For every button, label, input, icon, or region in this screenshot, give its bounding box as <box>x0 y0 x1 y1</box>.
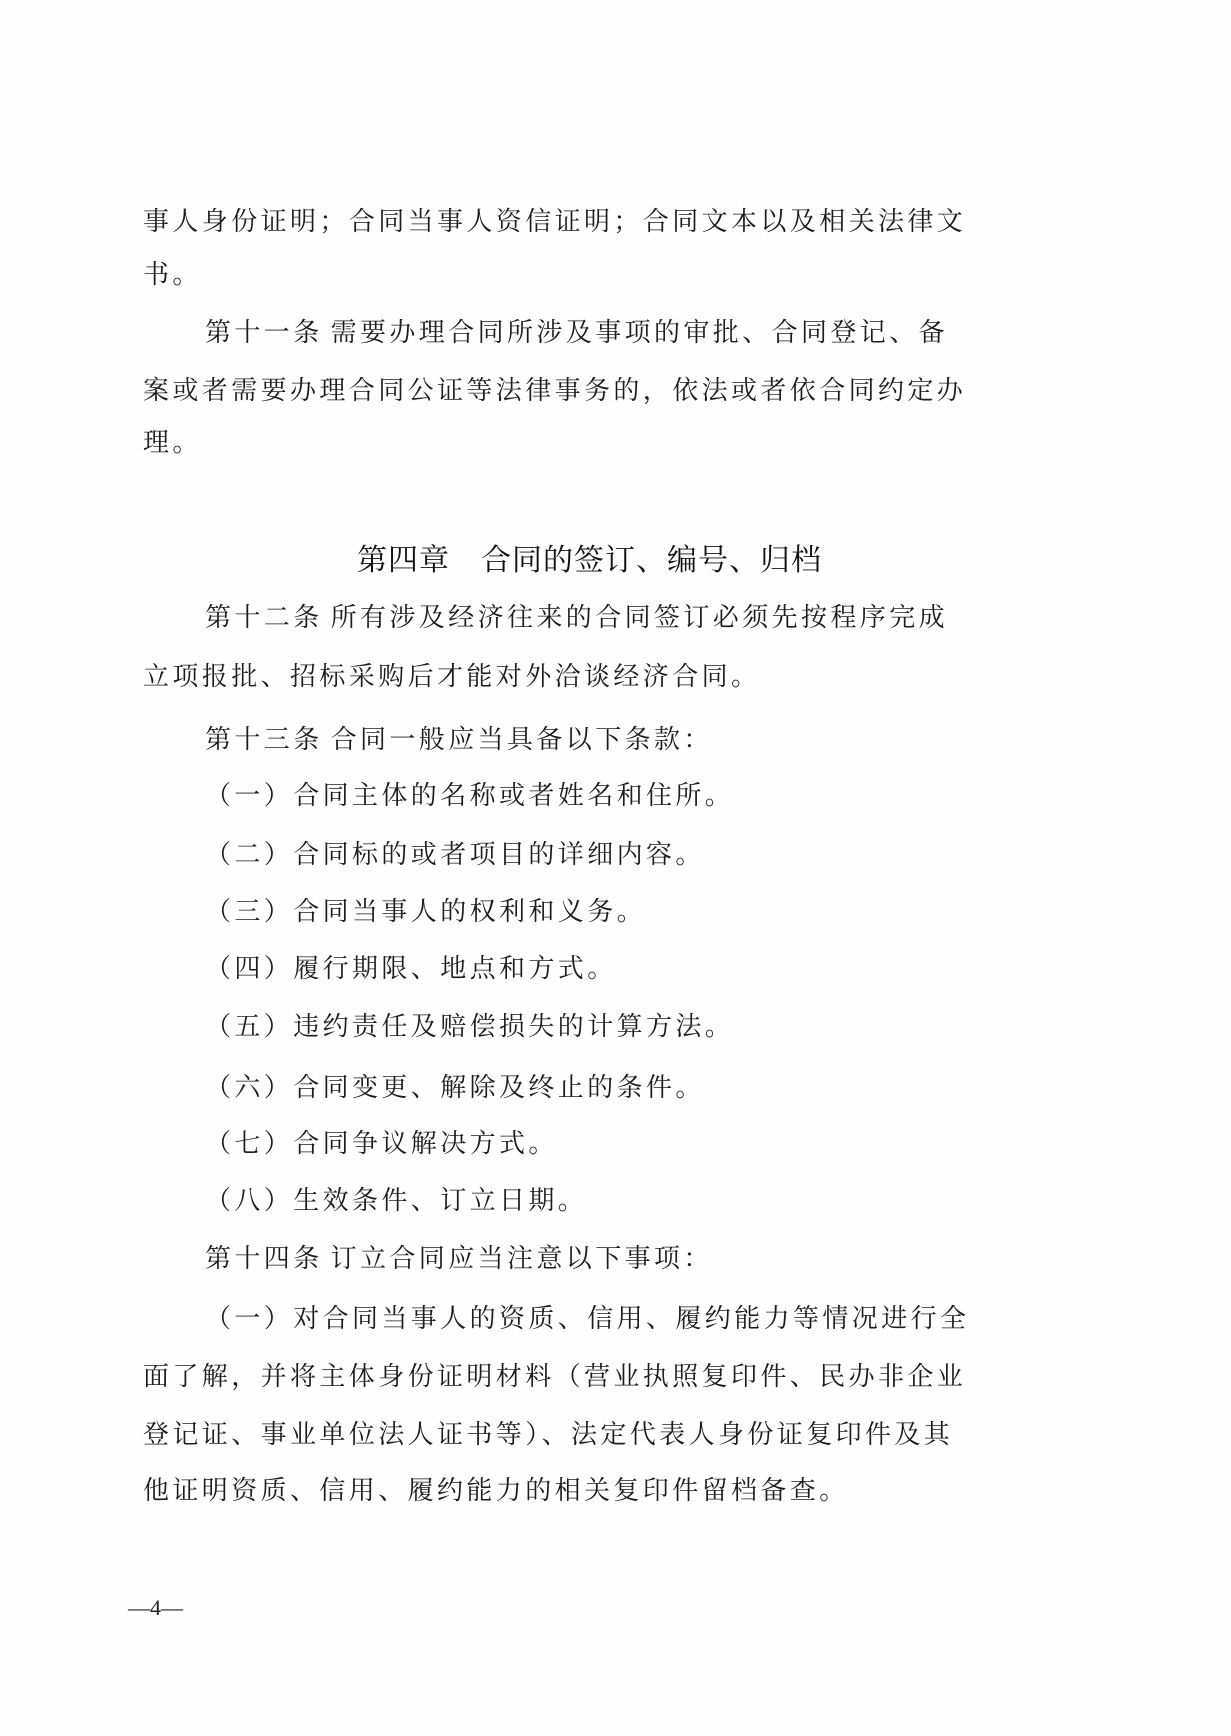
article-11-line-2: 案或者需要办理合同公证等法律事务的，依法或者依合同约定办 <box>143 374 966 408</box>
article-13-item-7: （七）合同争议解决方式。 <box>205 1127 558 1161</box>
continuation-line-2: 书。 <box>143 258 202 292</box>
article-13-item-8: （八）生效条件、订立日期。 <box>205 1184 587 1218</box>
article-11-text: 需要办理合同所涉及事项的审批、合同登记、备 <box>331 318 948 348</box>
article-13-item-4: （四）履行期限、地点和方式。 <box>205 952 617 986</box>
article-11-line-1: 第十一条需要办理合同所涉及事项的审批、合同登记、备 <box>205 316 948 350</box>
article-12-label: 第十二条 <box>205 603 323 633</box>
article-14-item-1-line-3: 登记证、事业单位法人证书等）、法定代表人身份证复印件及其 <box>143 1418 953 1452</box>
continuation-line-1: 事人身份证明；合同当事人资信证明；合同文本以及相关法律文 <box>143 205 966 239</box>
document-page: 事人身份证明；合同当事人资信证明；合同文本以及相关法律文 书。 第十一条需要办理… <box>0 0 1231 1736</box>
article-13-item-5: （五）违约责任及赔偿损失的计算方法。 <box>205 1010 734 1044</box>
article-14-line: 第十四条订立合同应当注意以下事项： <box>205 1242 713 1276</box>
article-13-item-3: （三）合同当事人的权利和义务。 <box>205 895 646 929</box>
article-11-line-3: 理。 <box>143 426 202 460</box>
page-number: —4— <box>128 1594 183 1622</box>
article-13-item-1: （一）合同主体的名称或者姓名和住所。 <box>205 779 734 813</box>
chapter-heading: 第四章 合同的签订、编号、归档 <box>357 542 822 580</box>
article-14-text: 订立合同应当注意以下事项： <box>331 1244 713 1274</box>
article-13-label: 第十三条 <box>205 725 323 755</box>
article-12-text: 所有涉及经济往来的合同签订必须先按程序完成 <box>331 603 948 633</box>
article-13-item-6: （六）合同变更、解除及终止的条件。 <box>205 1071 705 1105</box>
article-12-line-2: 立项报批、招标采购后才能对外洽谈经济合同。 <box>143 660 760 694</box>
article-11-label: 第十一条 <box>205 318 323 348</box>
article-12-line-1: 第十二条所有涉及经济往来的合同签订必须先按程序完成 <box>205 601 948 635</box>
article-14-item-1-line-1: （一）对合同当事人的资质、信用、履约能力等情况进行全 <box>205 1302 969 1336</box>
article-13-text: 合同一般应当具备以下条款： <box>331 725 713 755</box>
article-14-item-1-line-2: 面了解，并将主体身份证明材料（营业执照复印件、民办非企业 <box>143 1360 966 1394</box>
article-14-label: 第十四条 <box>205 1244 323 1274</box>
article-13-item-2: （二）合同标的或者项目的详细内容。 <box>205 838 705 872</box>
article-14-item-1-line-4: 他证明资质、信用、履约能力的相关复印件留档备查。 <box>143 1474 849 1508</box>
article-13-line: 第十三条合同一般应当具备以下条款： <box>205 723 713 757</box>
